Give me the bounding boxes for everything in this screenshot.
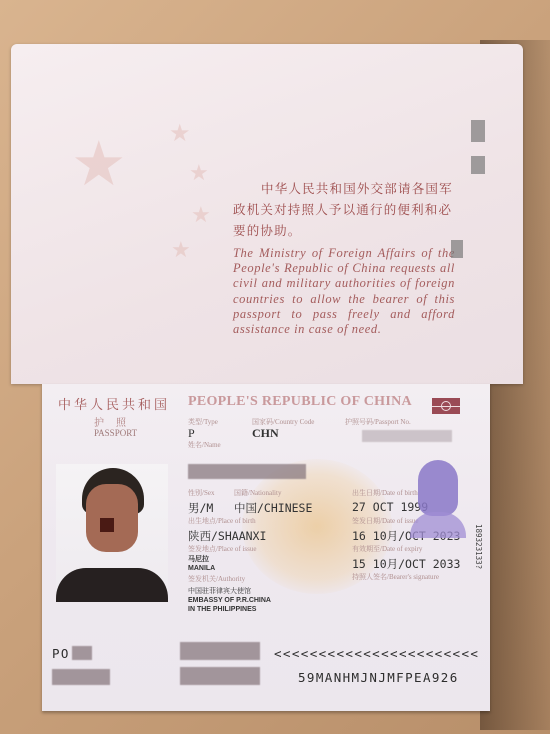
- holder-photo: [56, 464, 168, 602]
- label-passport-no: 护照号码/Passport No.: [345, 417, 411, 427]
- value-date-of-expiry: 15 10月/OCT 2033: [352, 556, 460, 572]
- label-sex: 性别/Sex: [188, 488, 214, 498]
- ghost-image: [410, 460, 466, 540]
- mrz-line-1-start: PO: [52, 646, 70, 661]
- label-place-of-birth: 出生地点/Place of birth: [188, 516, 256, 526]
- star-icon: ★: [169, 122, 191, 146]
- value-sex: 男/M: [188, 500, 213, 516]
- label-date-of-expiry: 有效期至/Date of expiry: [352, 544, 422, 554]
- star-icon: ★: [191, 204, 211, 226]
- value-country-code: CHN: [252, 426, 279, 441]
- authority-en-line1: EMBASSY OF P.R.CHINA: [188, 596, 271, 605]
- value-place-of-issue-cn: 马尼拉: [188, 555, 209, 564]
- biometric-chip-icon: [432, 398, 460, 414]
- passport-visa-page: ★ ★ ★ ★ ★ 中华人民共和国外交部请各国军政机关对持照人予以通行的便利和必…: [11, 44, 523, 384]
- label-nationality: 国籍/Nationality: [234, 488, 281, 498]
- passport-data-page: 中华人民共和国 PEOPLE'S REPUBLIC OF CHINA 护照 PA…: [42, 384, 490, 711]
- mrz-line-1: PO: [52, 646, 70, 661]
- value-place-of-issue-en: MANILA: [188, 564, 215, 573]
- label-authority: 签发机关/Authority: [188, 574, 245, 584]
- label-date-of-issue: 签发日期/Date of issue: [352, 516, 419, 526]
- header-chinese: 中华人民共和国: [58, 394, 170, 413]
- serial-number: 189323133?: [474, 524, 483, 569]
- request-text-english: The Ministry of Foreign Affairs of the P…: [233, 246, 455, 337]
- redaction: [180, 667, 260, 685]
- mrz-line-2-end: 59MANHMJNJMFPEA926: [298, 670, 459, 685]
- redaction: [451, 240, 463, 258]
- redaction: [52, 669, 110, 685]
- value-type: P: [188, 426, 195, 441]
- authority-cn: 中国驻菲律宾大使馆: [188, 587, 251, 596]
- document-type-english: PASSPORT: [94, 428, 137, 438]
- redaction: [471, 120, 485, 142]
- redaction: [72, 646, 92, 660]
- document-type-chinese: 护照: [94, 414, 138, 429]
- redacted-name: [188, 464, 306, 479]
- star-icon: ★: [171, 239, 191, 261]
- redacted-passport-no: [362, 430, 452, 442]
- mrz-line-1-filler: <<<<<<<<<<<<<<<<<<<<<<<: [274, 646, 479, 661]
- label-date-of-birth: 出生日期/Date of birth: [352, 488, 418, 498]
- authority-en-line2: IN THE PHILIPPINES: [188, 605, 256, 614]
- star-icon: ★: [71, 134, 127, 196]
- star-icon: ★: [189, 162, 209, 184]
- redaction: [180, 642, 260, 660]
- header-english: PEOPLE'S REPUBLIC OF CHINA: [188, 394, 412, 410]
- label-place-of-issue: 签发地点/Place of issue: [188, 544, 256, 554]
- redaction: [471, 156, 485, 174]
- value-place-of-birth: 陕西/SHAANXI: [188, 528, 266, 544]
- request-text-chinese: 中华人民共和国外交部请各国军政机关对持照人予以通行的便利和必要的协助。: [233, 178, 463, 241]
- label-signature: 持照人签名/Bearer's signature: [352, 572, 439, 582]
- value-nationality: 中国/CHINESE: [234, 500, 312, 516]
- label-name: 姓名/Name: [188, 440, 221, 450]
